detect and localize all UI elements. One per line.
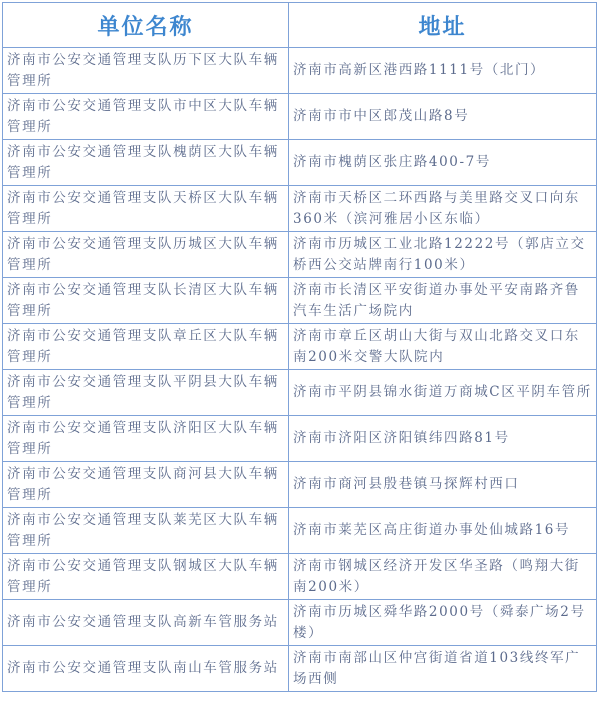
table-header-row: 单位名称 地址 (3, 3, 597, 48)
column-header-name: 单位名称 (3, 3, 289, 48)
office-name-cell: 济南市公安交通管理支队商河县大队车辆管理所 (3, 462, 289, 508)
office-address-cell: 济南市章丘区胡山大街与双山北路交叉口东南200米交警大队院内 (289, 324, 597, 370)
office-name-cell: 济南市公安交通管理支队南山车管服务站 (3, 646, 289, 692)
table-row: 济南市公安交通管理支队长清区大队车辆管理所 济南市长清区平安街道办事处平安南路齐… (3, 278, 597, 324)
table-row: 济南市公安交通管理支队天桥区大队车辆管理所 济南市天桥区二环西路与美里路交叉口向… (3, 186, 597, 232)
office-name-cell: 济南市公安交通管理支队钢城区大队车辆管理所 (3, 554, 289, 600)
office-name-cell: 济南市公安交通管理支队长清区大队车辆管理所 (3, 278, 289, 324)
office-address-cell: 济南市历城区工业北路12222号（郭店立交桥西公交站牌南行100米） (289, 232, 597, 278)
office-address-cell: 济南市莱芜区高庄街道办事处仙城路16号 (289, 508, 597, 554)
office-name-cell: 济南市公安交通管理支队高新车管服务站 (3, 600, 289, 646)
table-row: 济南市公安交通管理支队济阳区大队车辆管理所 济南市济阳区济阳镇纬四路81号 (3, 416, 597, 462)
table-row: 济南市公安交通管理支队历下区大队车辆管理所 济南市高新区港西路1111号（北门） (3, 48, 597, 94)
vehicle-office-table: 单位名称 地址 济南市公安交通管理支队历下区大队车辆管理所 济南市高新区港西路1… (2, 2, 597, 692)
column-header-address: 地址 (289, 3, 597, 48)
table-row: 济南市公安交通管理支队历城区大队车辆管理所 济南市历城区工业北路12222号（郭… (3, 232, 597, 278)
office-address-cell: 济南市历城区舜华路2000号（舜泰广场2号楼） (289, 600, 597, 646)
office-address-cell: 济南市槐荫区张庄路400-7号 (289, 140, 597, 186)
office-address-cell: 济南市市中区郎茂山路8号 (289, 94, 597, 140)
office-address-cell: 济南市长清区平安街道办事处平安南路齐鲁汽车生活广场院内 (289, 278, 597, 324)
office-address-cell: 济南市济阳区济阳镇纬四路81号 (289, 416, 597, 462)
office-name-cell: 济南市公安交通管理支队槐荫区大队车辆管理所 (3, 140, 289, 186)
office-name-cell: 济南市公安交通管理支队历下区大队车辆管理所 (3, 48, 289, 94)
table-row: 济南市公安交通管理支队市中区大队车辆管理所 济南市市中区郎茂山路8号 (3, 94, 597, 140)
office-address-cell: 济南市钢城区经济开发区华圣路（鸣翔大街南200米） (289, 554, 597, 600)
office-name-cell: 济南市公安交通管理支队平阴县大队车辆管理所 (3, 370, 289, 416)
office-address-cell: 济南市南部山区仲宫街道省道103线终军广场西侧 (289, 646, 597, 692)
table-row: 济南市公安交通管理支队章丘区大队车辆管理所 济南市章丘区胡山大街与双山北路交叉口… (3, 324, 597, 370)
office-name-cell: 济南市公安交通管理支队市中区大队车辆管理所 (3, 94, 289, 140)
table-row: 济南市公安交通管理支队平阴县大队车辆管理所 济南市平阴县锦水街道万商城C区平阴车… (3, 370, 597, 416)
table-row: 济南市公安交通管理支队钢城区大队车辆管理所 济南市钢城区经济开发区华圣路（鸣翔大… (3, 554, 597, 600)
office-address-cell: 济南市天桥区二环西路与美里路交叉口向东360米（滨河雅居小区东临） (289, 186, 597, 232)
office-address-cell: 济南市商河县殷巷镇马探辉村西口 (289, 462, 597, 508)
office-name-cell: 济南市公安交通管理支队历城区大队车辆管理所 (3, 232, 289, 278)
office-name-cell: 济南市公安交通管理支队莱芜区大队车辆管理所 (3, 508, 289, 554)
table-row: 济南市公安交通管理支队南山车管服务站 济南市南部山区仲宫街道省道103线终军广场… (3, 646, 597, 692)
office-name-cell: 济南市公安交通管理支队济阳区大队车辆管理所 (3, 416, 289, 462)
office-address-cell: 济南市高新区港西路1111号（北门） (289, 48, 597, 94)
table-row: 济南市公安交通管理支队槐荫区大队车辆管理所 济南市槐荫区张庄路400-7号 (3, 140, 597, 186)
table-row: 济南市公安交通管理支队高新车管服务站 济南市历城区舜华路2000号（舜泰广场2号… (3, 600, 597, 646)
office-name-cell: 济南市公安交通管理支队章丘区大队车辆管理所 (3, 324, 289, 370)
table-row: 济南市公安交通管理支队莱芜区大队车辆管理所 济南市莱芜区高庄街道办事处仙城路16… (3, 508, 597, 554)
office-name-cell: 济南市公安交通管理支队天桥区大队车辆管理所 (3, 186, 289, 232)
office-address-cell: 济南市平阴县锦水街道万商城C区平阴车管所 (289, 370, 597, 416)
table-row: 济南市公安交通管理支队商河县大队车辆管理所 济南市商河县殷巷镇马探辉村西口 (3, 462, 597, 508)
